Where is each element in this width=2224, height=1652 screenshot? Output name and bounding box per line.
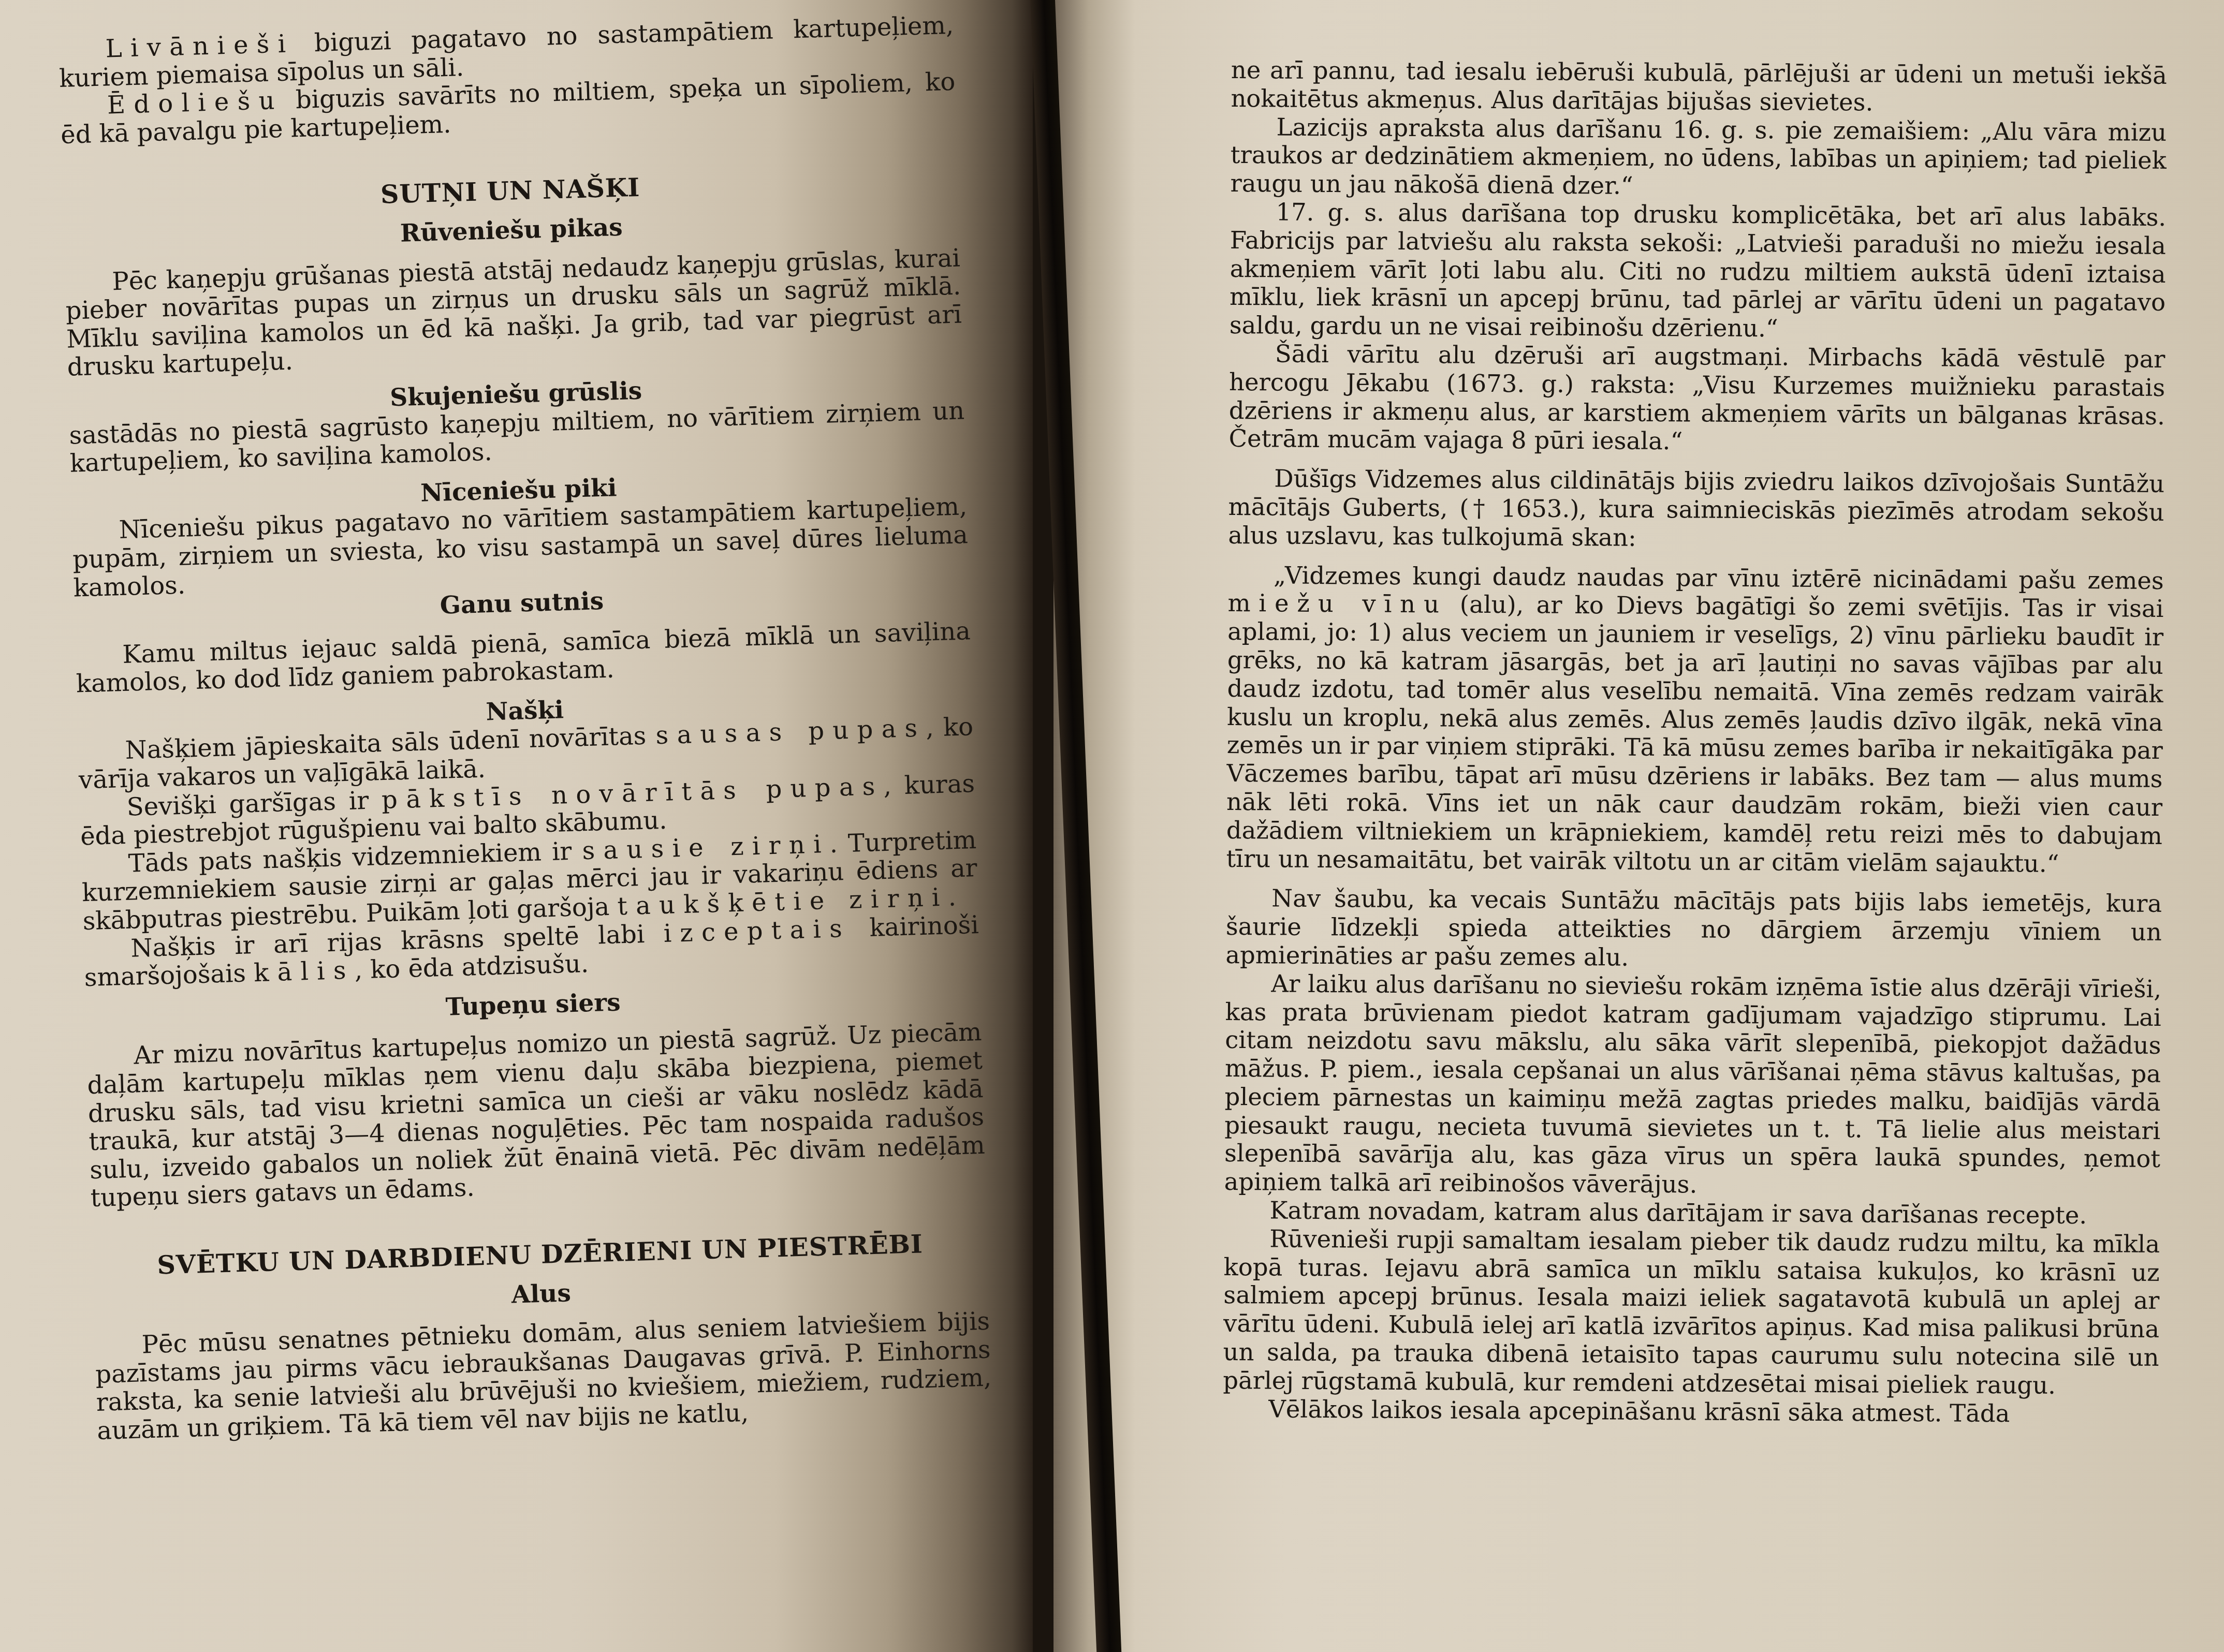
left-page: Livānieši biguzi pagatavo no sastampātie… — [0, 0, 1033, 1652]
paragraph: Rūvenieši rupji samaltam iesalam pieber … — [1223, 1225, 2160, 1400]
left-page-text: Livānieši biguzi pagatavo no sastampātie… — [58, 11, 992, 1446]
text-run: „Vidzemes kungi daudz naudas par vīnu iz… — [1274, 561, 2164, 595]
paragraph: Ar laiku alus darīšanu no sieviešu rokām… — [1224, 969, 2162, 1202]
paragraph: 17. g. s. alus darīšana top drusku kompl… — [1230, 198, 2167, 345]
paragraph: Šādi vārītu alu dzēruši arī augstmaņi. M… — [1228, 340, 2165, 459]
paragraph: ne arī pannu, tad iesalu iebēruši kubulā… — [1231, 56, 2167, 119]
text-run: . — [948, 882, 957, 911]
quote-paragraph: „Vidzemes kungi daudz naudas par vīnu iz… — [1226, 561, 2164, 879]
paragraph: Lazicijs apraksta alus darīšanu 16. g. s… — [1230, 113, 2167, 203]
paragraph: Vēlākos laikos iesala apcepināšanu krāsn… — [1223, 1395, 2159, 1429]
paragraph: Dūšīgs Vidzemes alus cildinātājs bijis z… — [1228, 464, 2164, 555]
recipe-text: Ar mizu novārītus kartupeļus nomizo un p… — [86, 1018, 986, 1213]
alus-text: Pēc mūsu senatnes pētnieku domām, alus s… — [94, 1307, 992, 1446]
paragraph: Nav šaubu, ka vecais Suntāžu mācītājs pa… — [1225, 884, 2162, 975]
spaced-term: izceptais — [663, 914, 851, 948]
text-run: (alu), ar ko Dievs bagātīgi šo zemi svēt… — [1226, 591, 2163, 877]
spaced-term: kālis — [253, 956, 355, 987]
right-page-text: ne arī pannu, tad iesalu iebēruši kubulā… — [1223, 56, 2167, 1428]
spaced-term: miežu vīnu — [1227, 589, 1447, 618]
